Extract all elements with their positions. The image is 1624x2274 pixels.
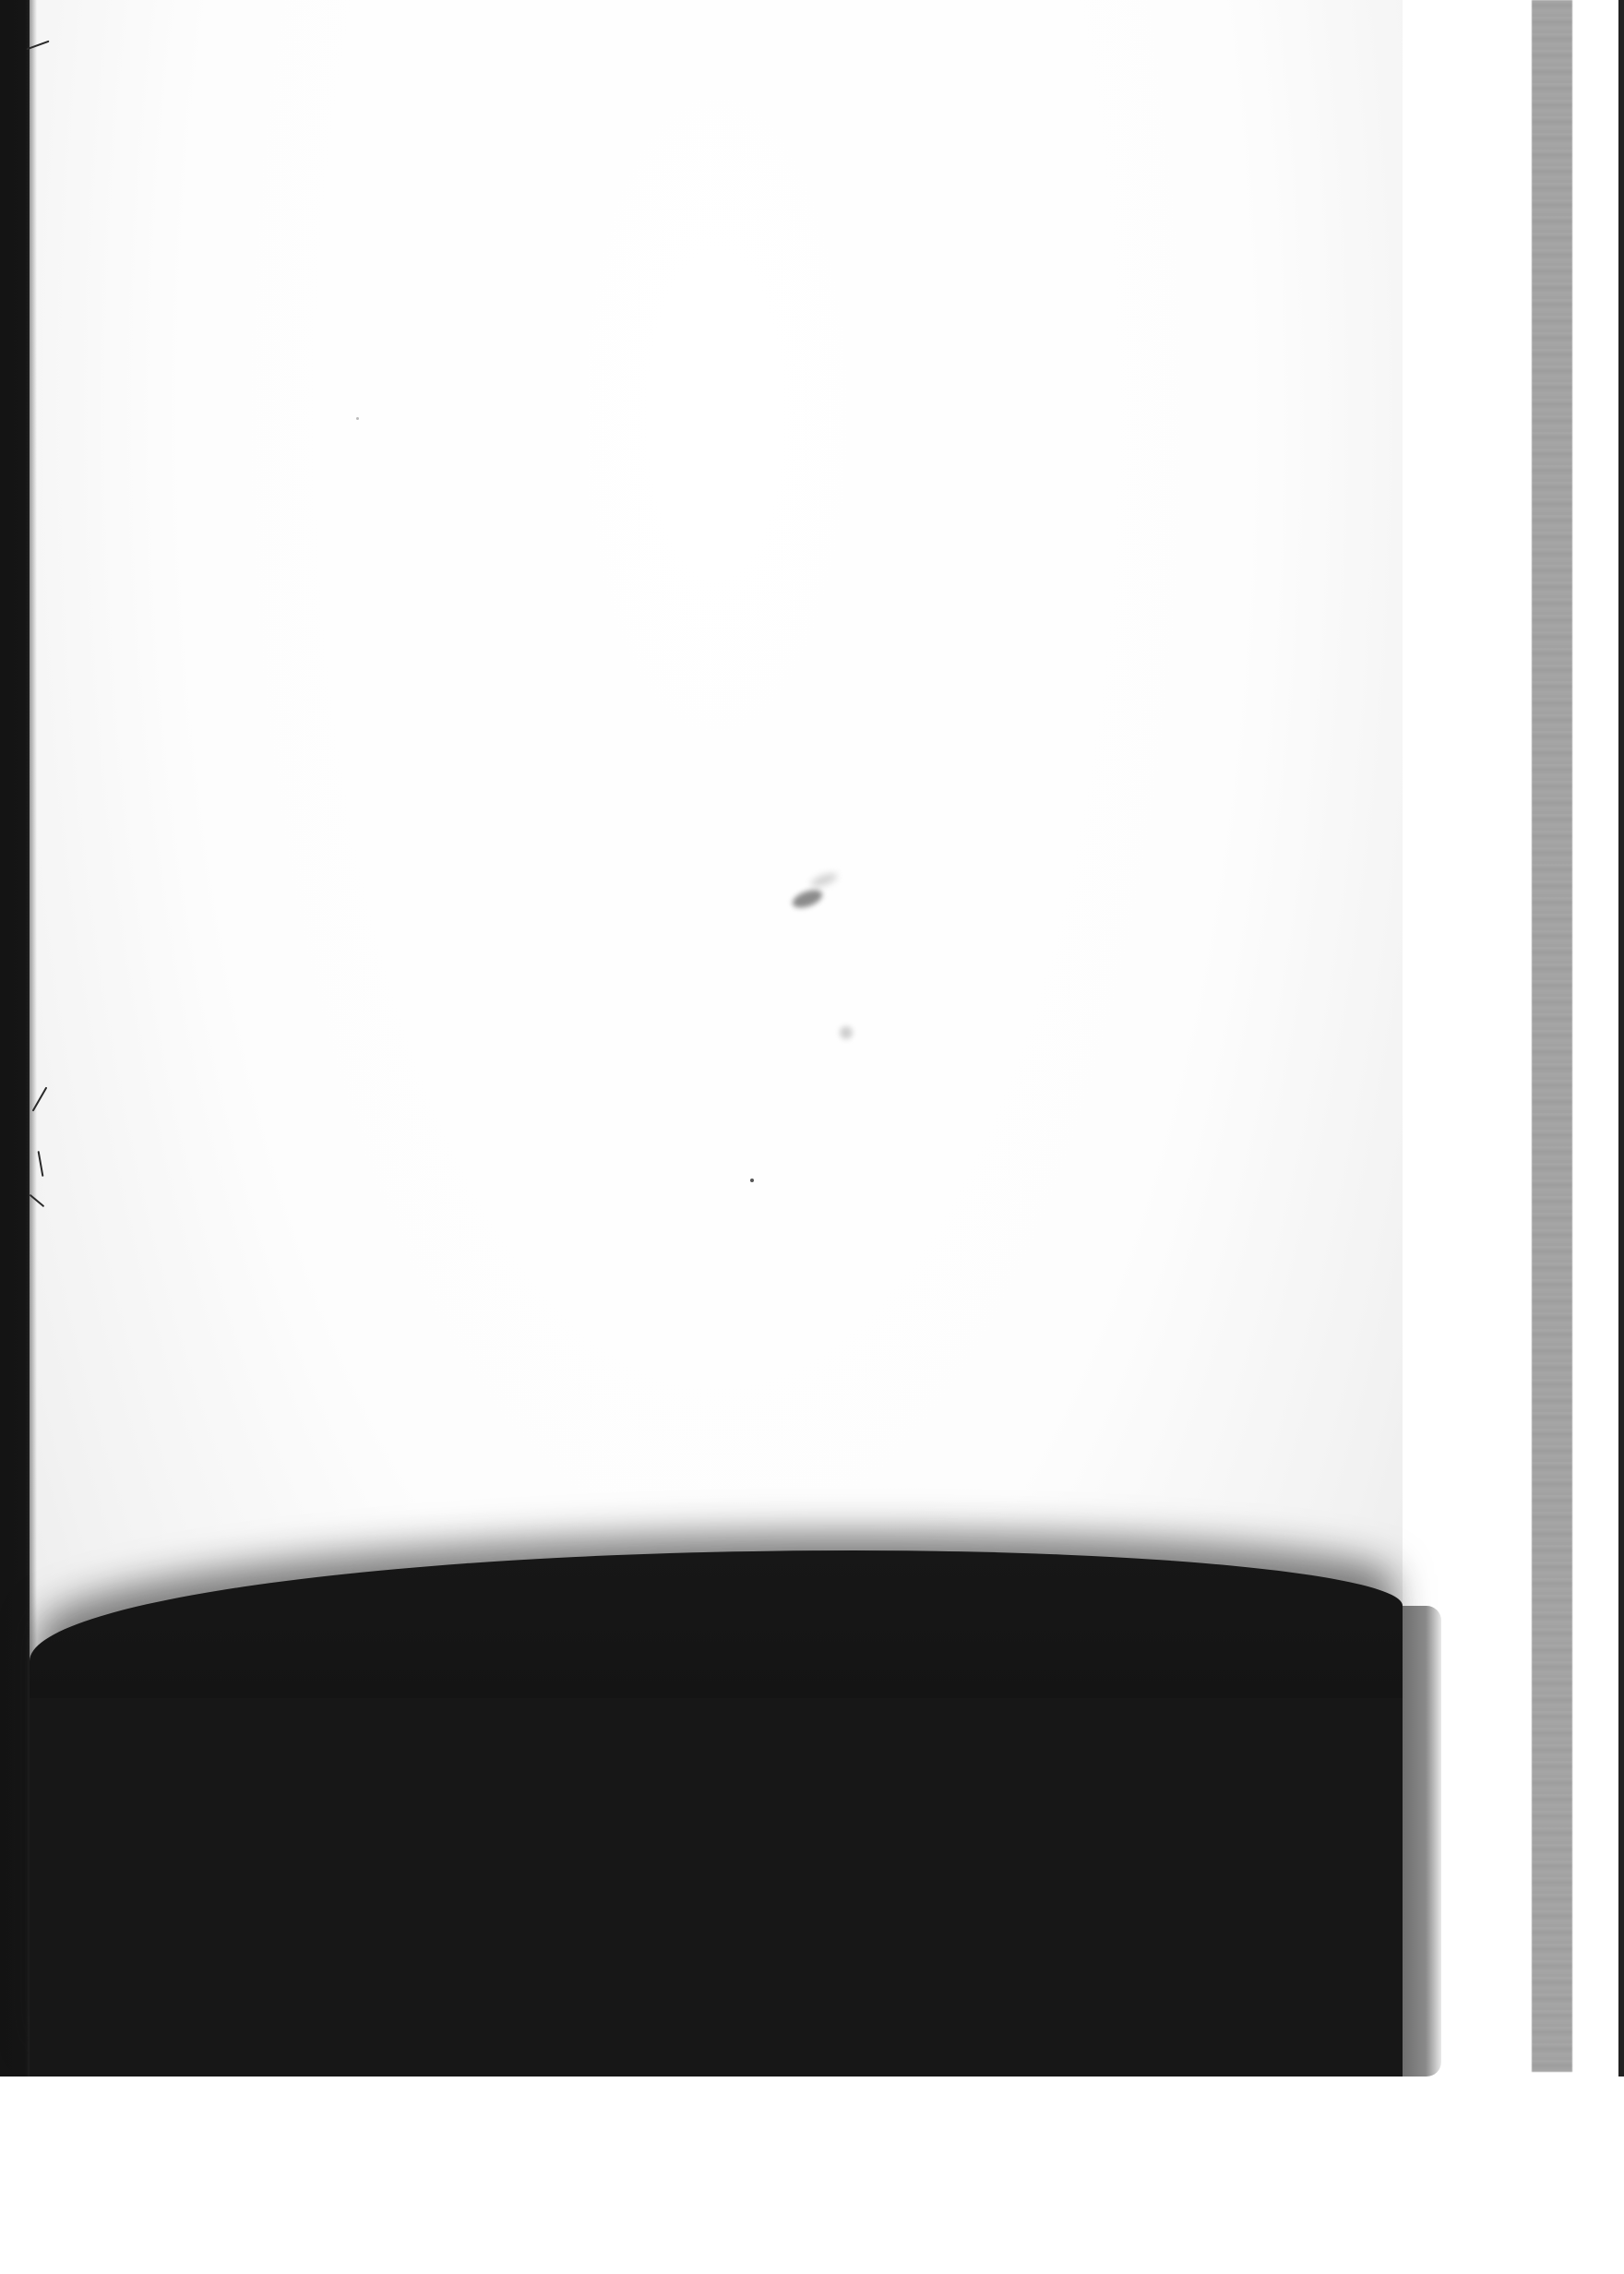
film-frame: [0, 0, 1624, 2077]
dust-speck: [356, 417, 359, 420]
dark-curved-band: [30, 1550, 1403, 2077]
right-film-edge: [1618, 0, 1624, 2077]
band-edge-halo: [1403, 1606, 1441, 2077]
dust-speck: [840, 1026, 853, 1039]
grey-film-strip: [1532, 0, 1572, 2072]
dust-speck: [750, 1179, 754, 1182]
left-film-edge: [0, 0, 30, 2077]
bottom-margin: [0, 2077, 1624, 2274]
